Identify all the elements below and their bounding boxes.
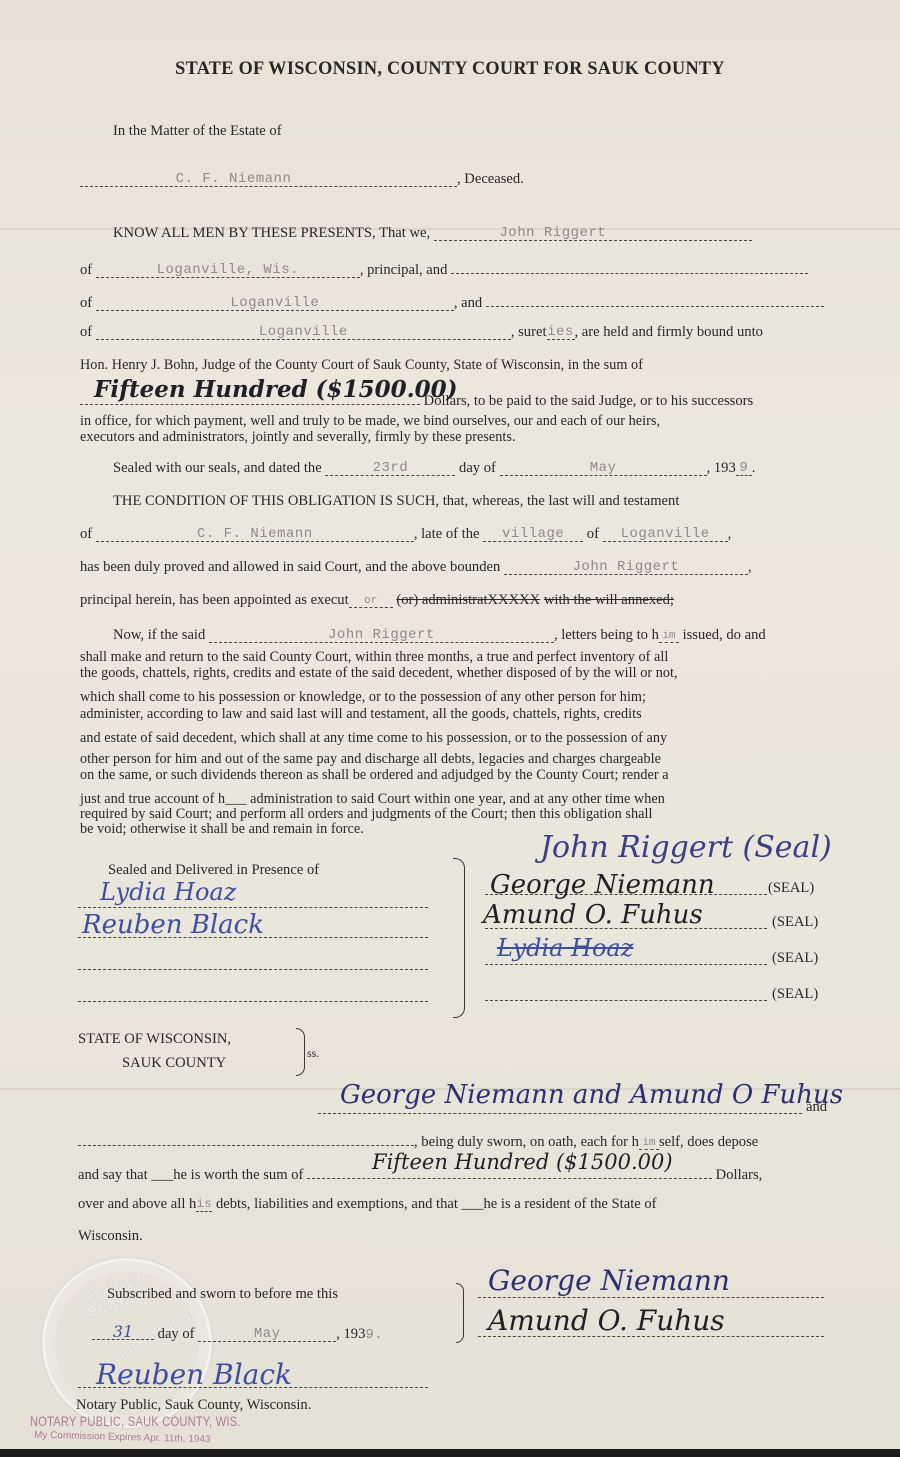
deceased-name-field[interactable]: C. F. Niemann <box>80 172 457 187</box>
payment-line-1: in office, for which payment, well and t… <box>80 414 660 428</box>
notary-signature: Reuben Black <box>96 1358 292 1391</box>
suret-fill-field[interactable]: ies <box>547 325 575 340</box>
struck-signature: Lydia Hoaz <box>497 934 633 962</box>
now-if-line: Now, if the said John Riggert, letters b… <box>113 628 766 643</box>
sworn-month-field[interactable]: May <box>198 1327 336 1342</box>
sworn-day-field[interactable]: 31 <box>92 1325 154 1340</box>
municipality-type-field[interactable]: village <box>483 527 583 542</box>
sealed-month-field[interactable]: May <box>500 461 707 476</box>
document-title: STATE OF WISCONSIN, COUNTY COURT FOR SAU… <box>18 58 882 80</box>
seal-label: (SEAL) <box>772 950 818 967</box>
body-line: shall make and return to the said County… <box>80 650 668 664</box>
body-line: just and true account of h___ administra… <box>80 792 665 806</box>
document-page: STATE OF WISCONSIN, COUNTY COURT FOR SAU… <box>0 0 900 1449</box>
proved-line: has been duly proved and allowed in said… <box>80 560 752 575</box>
jurat-county: SAUK COUNTY <box>122 1056 226 1071</box>
surety-signature: George Niemann <box>490 870 715 900</box>
know-all-men-line: KNOW ALL MEN BY THESE PRESENTS, That we,… <box>113 226 752 241</box>
signature-line-3[interactable] <box>485 964 767 965</box>
principal-residence-field[interactable]: Loganville, Wis. <box>96 263 360 278</box>
deponent-brace <box>456 1283 464 1343</box>
surety1-residence-field[interactable]: Loganville <box>96 296 454 311</box>
body-line: required by said Court; and perform all … <box>80 807 652 821</box>
judge-line: Hon. Henry J. Bohn, Judge of the County … <box>80 358 643 372</box>
testator-name-field[interactable]: C. F. Niemann <box>96 527 414 542</box>
surety-signature: Amund O. Fuhus <box>483 900 703 930</box>
signature-brace <box>453 858 465 1018</box>
over-above-fill-field[interactable]: is <box>196 1197 212 1212</box>
testator-line: of C. F. Niemann, late of the village of… <box>80 527 731 542</box>
photo-bottom-edge <box>0 1449 900 1457</box>
ss-label: ss. <box>307 1046 319 1061</box>
principal-residence-line: of Loganville, Wis., principal, and <box>80 259 808 278</box>
worth-amount-handwriting: Fifteen Hundred ($1500.00) <box>372 1150 673 1174</box>
will-annexed-struck-text: with the will annexed; <box>544 592 674 608</box>
seal-label: (SEAL) <box>768 880 814 897</box>
sealed-year-field[interactable]: 9 <box>736 461 752 476</box>
witness-line-3[interactable] <box>78 969 428 970</box>
signature-line-4[interactable] <box>485 1000 767 1001</box>
principal-name-field[interactable]: John Riggert <box>434 226 752 241</box>
notary-stamp-line-1: NOTARY PUBLIC, SAUK COUNTY, WIS. <box>30 1414 241 1429</box>
over-above-line: over and above all his debts, liabilitie… <box>78 1197 657 1212</box>
bond-amount-handwriting: Fifteen Hundred ($1500.00) <box>94 376 457 403</box>
body-line: which shall come to his possession or kn… <box>80 690 646 704</box>
surety2-residence-field[interactable]: Loganville <box>96 325 511 340</box>
body-line: and estate of said decedent, which shall… <box>80 731 667 745</box>
appointed-line: principal herein, has been appointed as … <box>80 593 674 608</box>
principal-signature: John Riggert (Seal) <box>540 830 832 865</box>
ss-brace <box>296 1028 305 1076</box>
surety2-name-field[interactable] <box>486 292 824 307</box>
sworn-name-field[interactable] <box>78 1131 414 1146</box>
jurat-state: STATE OF WISCONSIN, <box>78 1032 231 1047</box>
sworn-fill-field[interactable]: im <box>639 1135 659 1150</box>
seal-label: (SEAL) <box>772 914 818 931</box>
administrator-struck-text: (or) administratXXXXX <box>396 592 540 608</box>
now-if-name-field[interactable]: John Riggert <box>209 628 554 643</box>
surety1-residence-line: of Loganville, and <box>80 292 824 311</box>
deceased-line: C. F. Niemann, Deceased. <box>80 172 524 187</box>
subscribed-label: Subscribed and sworn to before me this <box>107 1287 338 1302</box>
sworn-line: , being duly sworn, on oath, each for hi… <box>78 1131 758 1150</box>
sealed-dated-line: Sealed with our seals, and dated the 23r… <box>113 461 755 476</box>
bounden-name-field[interactable]: John Riggert <box>504 560 748 575</box>
body-line: on the same, or such dividends thereon a… <box>80 768 669 782</box>
surety2-residence-line: of Loganville, sureties, are held and fi… <box>80 325 763 340</box>
surety1-name-field[interactable] <box>451 259 808 274</box>
sworn-date-line: 31 day of May, 1939. <box>92 1325 383 1342</box>
municipality-name-field[interactable]: Loganville <box>603 527 728 542</box>
sealed-day-field[interactable]: 23rd <box>325 461 455 476</box>
body-line: be void; otherwise it shall be and remai… <box>80 822 364 836</box>
witness-line-4[interactable] <box>78 1001 428 1002</box>
notary-stamp-line-2: My Commission Expires Apr. 11th, 1943 <box>34 1430 211 1446</box>
notary-title: Notary Public, Sauk County, Wisconsin. <box>76 1398 311 1413</box>
deponent-signature: George Niemann <box>488 1264 730 1297</box>
witness-line-1[interactable] <box>78 907 428 908</box>
payment-line-2: executors and administrators, jointly an… <box>80 430 516 444</box>
witness-signature: Reuben Black <box>82 910 264 940</box>
condition-line: THE CONDITION OF THIS OBLIGATION IS SUCH… <box>113 494 679 509</box>
wisconsin-label: Wisconsin. <box>78 1229 143 1244</box>
body-line: administer, according to law and said la… <box>80 707 642 721</box>
letters-fill-field[interactable]: im <box>659 628 679 643</box>
sureties-handwriting: George Niemann and Amund O Fuhus <box>340 1080 843 1110</box>
matter-label: In the Matter of the Estate of <box>113 124 282 139</box>
body-line: other person for him and out of the same… <box>80 752 661 766</box>
witness-label: Sealed and Delivered in Presence of <box>108 863 319 878</box>
execut-fill-field[interactable]: or <box>349 593 393 608</box>
deponent-signature: Amund O. Fuhus <box>488 1304 725 1337</box>
witness-signature: Lydia Hoaz <box>100 878 236 906</box>
body-line: the goods, chattels, rights, credits and… <box>80 666 678 680</box>
seal-label: (SEAL) <box>772 986 818 1003</box>
deponent-signature-line-1[interactable] <box>478 1297 824 1298</box>
sureties-name-line[interactable] <box>318 1113 802 1114</box>
